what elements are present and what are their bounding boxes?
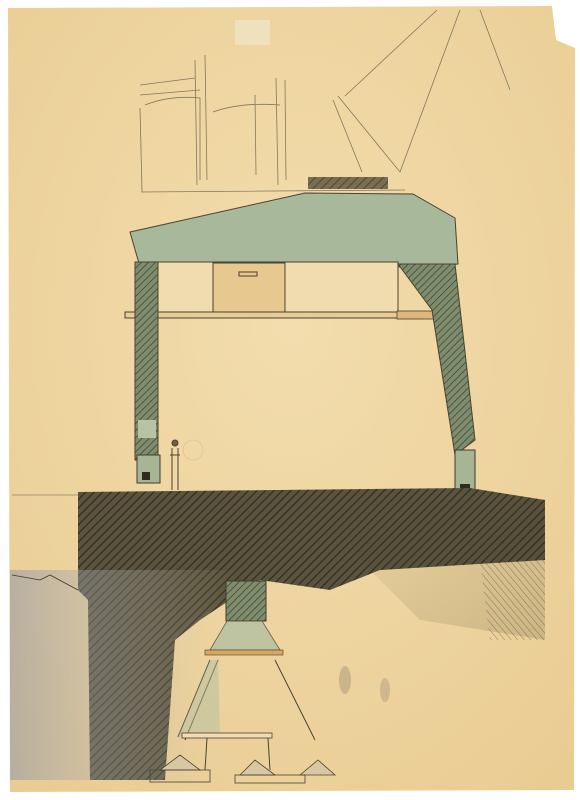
artwork-canvas: [0, 0, 580, 800]
crane-sketch: [0, 0, 580, 800]
slewing-ring: [308, 177, 388, 189]
